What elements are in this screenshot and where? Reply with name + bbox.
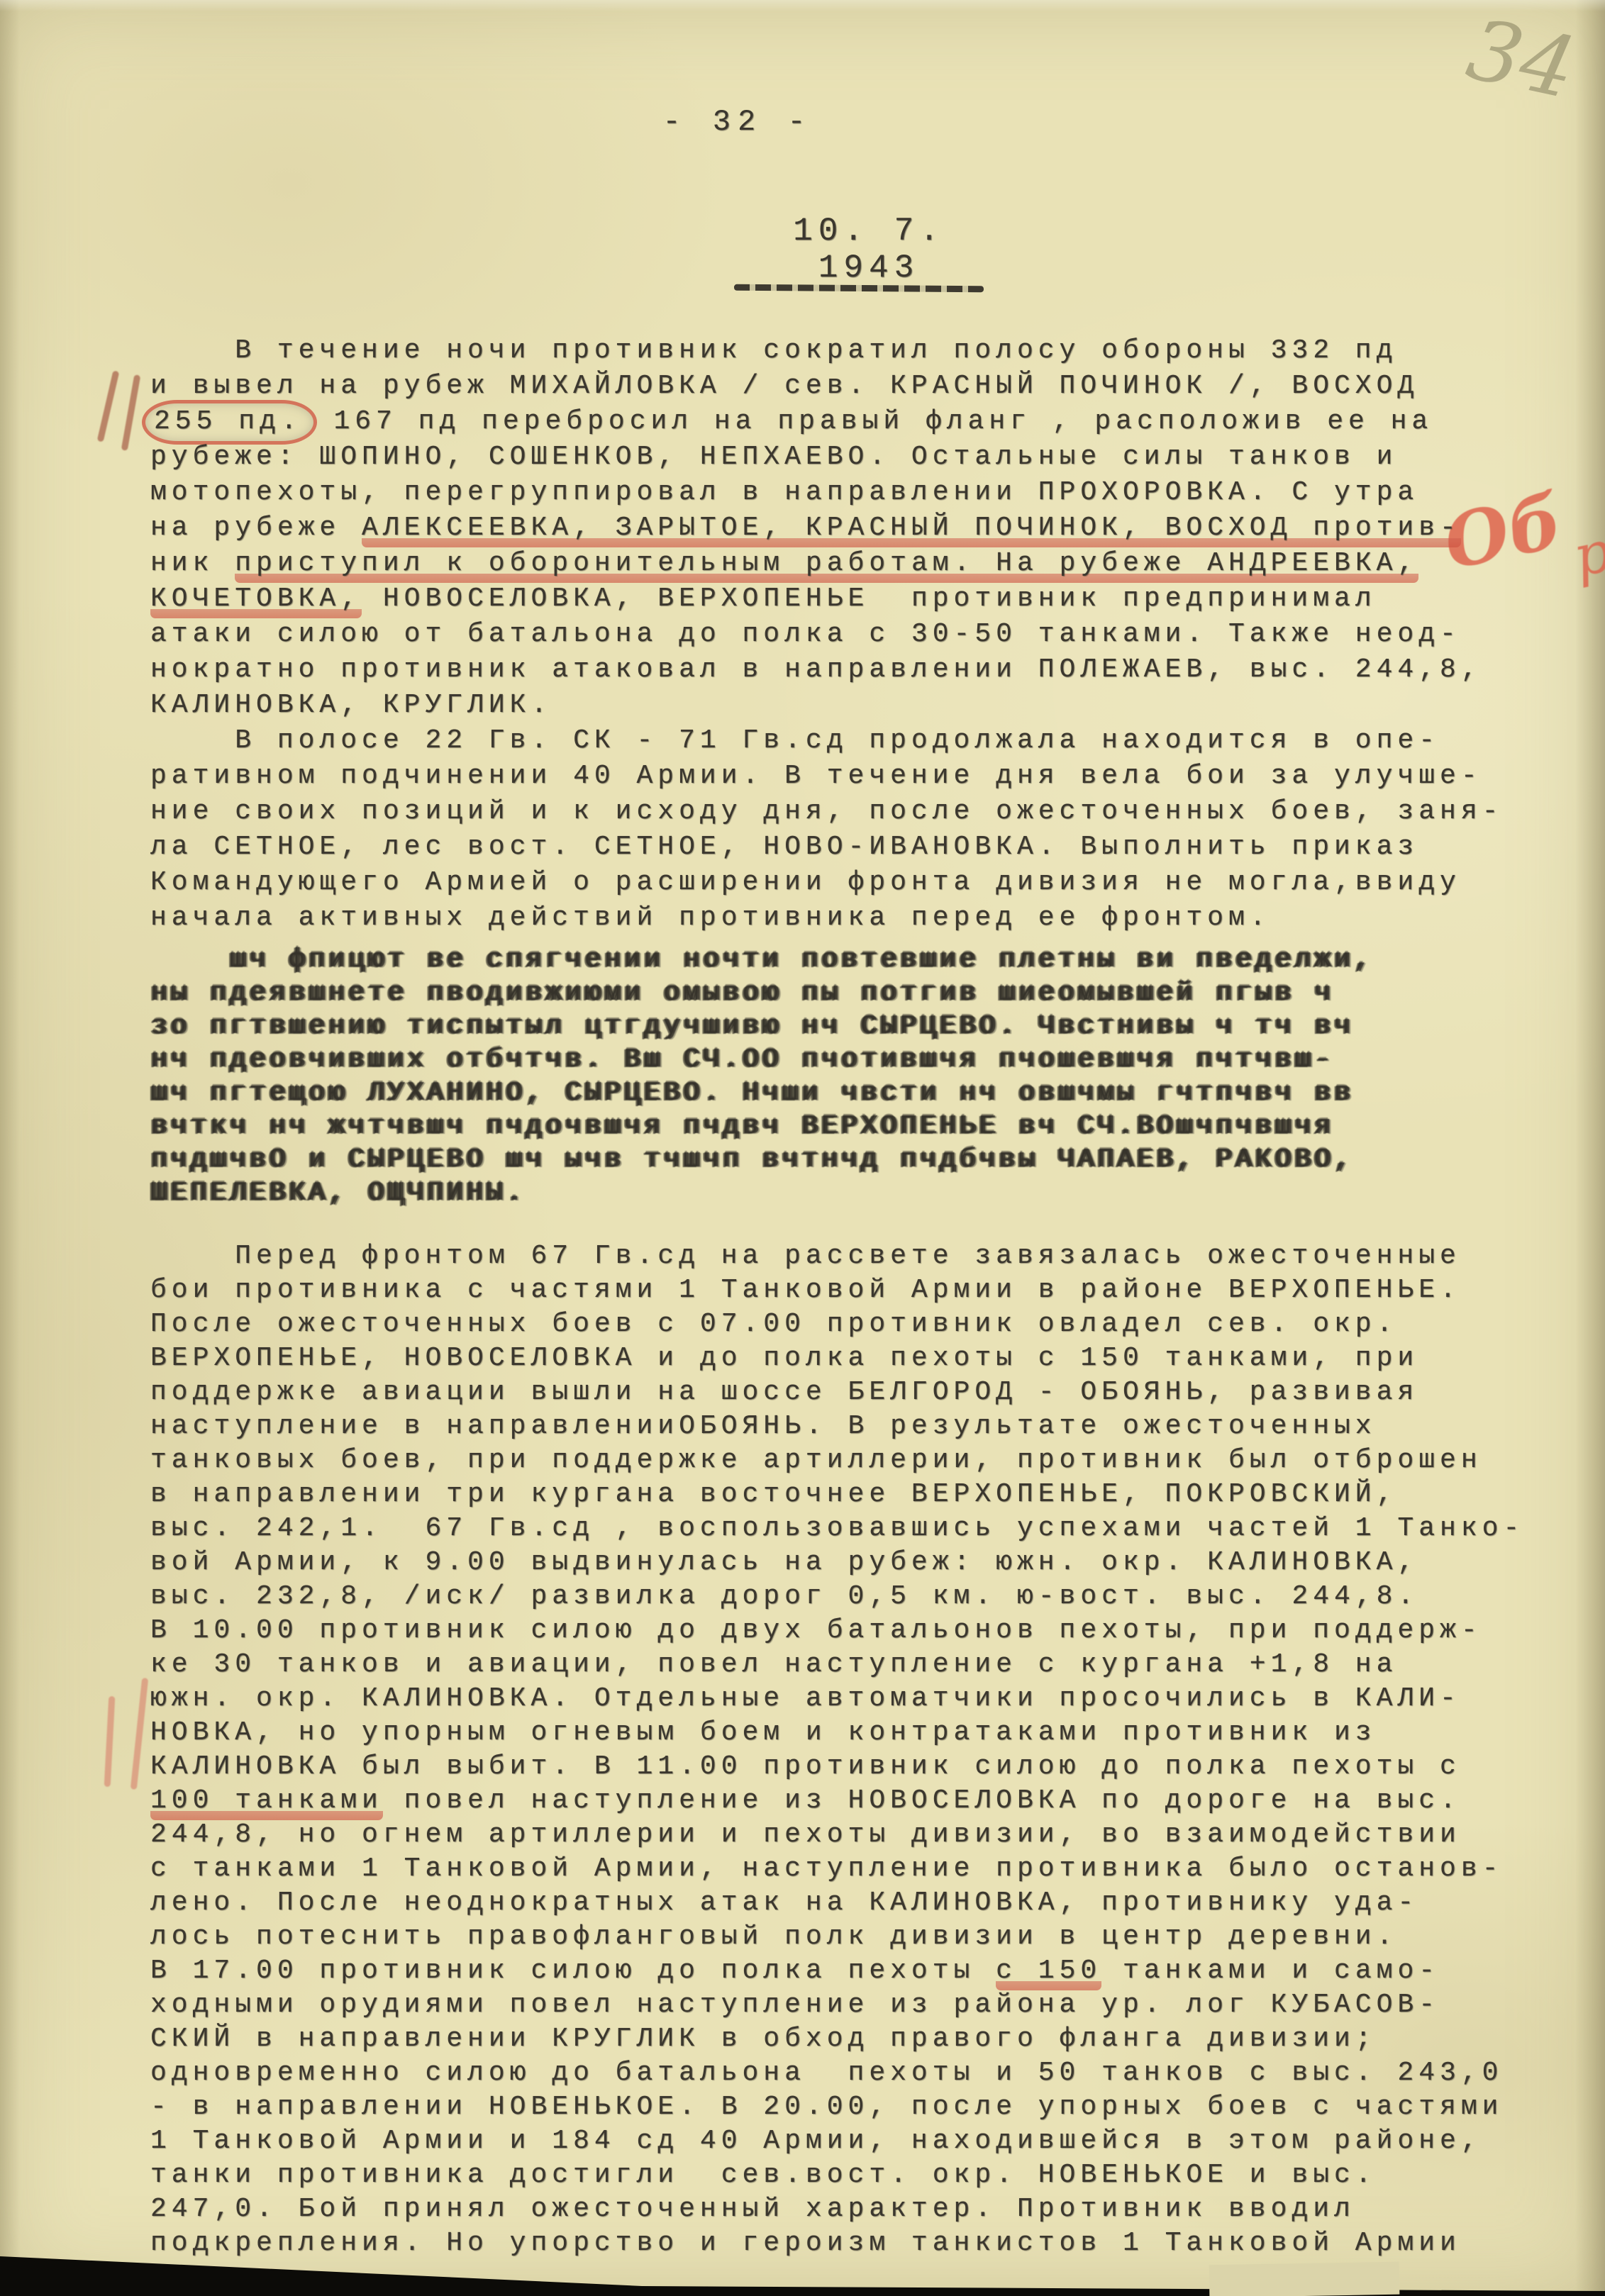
text-line: ние своих позиций и к исходу дня, после …	[150, 794, 1555, 830]
text-segment: ник	[150, 548, 235, 579]
red-note-text-tail: р	[1567, 518, 1605, 590]
text-line: подкрепления. Но упорство и героизм танк…	[150, 2227, 1555, 2261]
text-line: 255 пд. 167 пд перебросил на правый флан…	[150, 404, 1555, 440]
page-number: - 32 -	[652, 105, 823, 139]
text-line: лено. После неоднократных атак на КАЛИНО…	[150, 1886, 1555, 1920]
document-page: 34 - 32 - 10. 7. 1943 Обр В течение ночи…	[0, 0, 1605, 2296]
text-line: шч пгтещою ЛУХАНИНО, СЫРЦЕВО. Нчши чвсти…	[150, 1076, 1555, 1110]
text-line: и вывел на рубеж МИХАЙЛОВКА / сев. КРАСН…	[150, 369, 1555, 404]
text-line: В 17.00 противник силою до полка пехоты …	[150, 1954, 1555, 1988]
text-line: с танками 1 Танковой Армии, наступление …	[150, 1852, 1555, 1886]
report-date: 10. 7. 1943	[748, 213, 989, 286]
text-line: ВЕРХОПЕНЬЕ, НОВОСЕЛОВКА и до полка пехот…	[150, 1342, 1555, 1376]
paragraph-2: В полосе 22 Гв. СК - 71 Гв.сд продолжала…	[150, 723, 1555, 936]
paper-patch	[1209, 2262, 1400, 2296]
text-line: начала активных действий противника пере…	[150, 901, 1555, 936]
text-line: КАЛИНОВКА, КРУГЛИК.	[150, 688, 1555, 723]
text-line: выс. 232,8, /иск/ развилка дорог 0,5 км.…	[150, 1580, 1555, 1614]
text-line: одновременно силою до батальона пехоты и…	[150, 2056, 1555, 2090]
text-line: наступление в направленииОБОЯНЬ. В резул…	[150, 1410, 1555, 1444]
scan-edge-top	[0, 0, 1605, 11]
text-segment: повел наступление из НОВОСЕЛОВКА по доро…	[383, 1785, 1461, 1816]
text-line: КАЛИНОВКА был выбит. В 11.00 противник с…	[150, 1750, 1555, 1784]
red-underline-annotation: приступил к оборонительным работам. На р…	[235, 548, 1418, 583]
text-line: рубеже: ШОПИНО, СОШЕНКОВ, НЕПХАЕВО. Оста…	[150, 440, 1555, 475]
text-line: в направлении три кургана восточнее ВЕРХ…	[150, 1478, 1555, 1512]
text-line: ник приступил к оборонительным работам. …	[150, 546, 1555, 581]
text-line: ративном подчинении 40 Армии. В течение …	[150, 759, 1555, 794]
text-line: Командующего Армией о расширении фронта …	[150, 865, 1555, 901]
red-stroke	[97, 370, 120, 442]
scan-edge-left	[0, 0, 20, 2296]
red-underline-annotation: 100 танками	[150, 1785, 383, 1820]
text-line: нократно противник атаковал в направлени…	[150, 652, 1555, 688]
text-line: ла СЕТНОЕ, лес вост. СЕТНОЕ, НОВО-ИВАНОВ…	[150, 830, 1555, 865]
text-line: Перед фронтом 67 Гв.сд на рассвете завяз…	[150, 1239, 1555, 1274]
text-line: бои противника с частями 1 Танковой Арми…	[150, 1274, 1555, 1308]
text-line: мотопехоты, перегруппировал в направлени…	[150, 475, 1555, 511]
text-line: атаки силою от батальона до полка с 30-5…	[150, 617, 1555, 652]
text-line: В полосе 22 Гв. СК - 71 Гв.сд продолжала…	[150, 723, 1555, 759]
paragraph-1: В течение ночи противник сократил полосу…	[150, 333, 1555, 723]
text-line: южн. окр. КАЛИНОВКА. Отдельные автоматчи…	[150, 1682, 1555, 1716]
red-underline-annotation: с 150	[996, 1956, 1101, 1990]
text-line: ШЕПЕЛЕВКА, ОЩЧПИНЫ.	[150, 1176, 1555, 1210]
text-line: ке 30 танков и авиации, повел наступлени…	[150, 1648, 1555, 1682]
text-line: выс. 242,1. 67 Гв.сд , воспользовавшись …	[150, 1512, 1555, 1546]
date-underline	[734, 284, 984, 292]
text-segment: на рубеже	[150, 513, 362, 543]
red-underline-annotation: АЛЕКСЕЕВКА, ЗАРЫТОЕ, КРАСНЫЙ ПОЧИНОК, ВО…	[362, 513, 1461, 547]
text-line: лось потеснить правофланговый полк дивиз…	[150, 1920, 1555, 1954]
text-segment: танками и само-	[1101, 1956, 1440, 1986]
text-line: пчдшчвО и СЫРЦЕВО шч ычв тчшчп вчтнчд пч…	[150, 1143, 1555, 1176]
text-line: 247,0. Бой принял ожесточенный характер.…	[150, 2192, 1555, 2227]
text-line: вчткч нч жчтчвшч пчдочвшчя пчдвч ВЕРХОПЕ…	[150, 1110, 1555, 1143]
text-body: В течение ночи противник сократил полосу…	[150, 333, 1555, 2261]
red-stroke	[121, 374, 141, 451]
text-line: ны пдеявшнете пводивжиюми омывою пы потг…	[150, 976, 1555, 1010]
red-stroke	[130, 1678, 148, 1790]
text-line: вой Армии, к 9.00 выдвинулась на рубеж: …	[150, 1546, 1555, 1580]
paragraph-4: Перед фронтом 67 Гв.сд на рассвете завяз…	[150, 1239, 1555, 2261]
text-segment: В 17.00 противник силою до полка пехоты	[150, 1956, 996, 1986]
text-line: на рубеже АЛЕКСЕЕВКА, ЗАРЫТОЕ, КРАСНЫЙ П…	[150, 511, 1555, 546]
text-line: После ожесточенных боев с 07.00 противни…	[150, 1308, 1555, 1342]
text-line: ходными орудиями повел наступление из ра…	[150, 1988, 1555, 2022]
text-line: танковых боев, при поддержке артиллерии,…	[150, 1444, 1555, 1478]
text-line: шч фпицют ве спягчении ночти повтевшие п…	[150, 943, 1555, 976]
text-line: - в направлении НОВЕНЬКОЕ. В 20.00, посл…	[150, 2090, 1555, 2124]
text-line: 1 Танковой Армии и 184 сд 40 Армии, нахо…	[150, 2124, 1555, 2158]
scan-edge-right	[1575, 0, 1605, 2296]
text-line: В 10.00 противник силою до двух батальон…	[150, 1614, 1555, 1648]
text-line: КОЧЕТОВКА, НОВОСЕЛОВКА, ВЕРХОПЕНЬЕ проти…	[150, 581, 1555, 617]
text-line: СКИЙ в направлении КРУГЛИК в обход право…	[150, 2022, 1555, 2056]
text-line: танки противника достигли сев.вост. окр.…	[150, 2158, 1555, 2192]
text-line: В течение ночи противник сократил полосу…	[150, 333, 1555, 369]
text-line: нч пдеовчивших отбчтчв. Вш СЧ.ОО пчотивш…	[150, 1043, 1555, 1076]
text-line: НОВКА, но упорным огневым боем и контрат…	[150, 1716, 1555, 1750]
text-line: 100 танками повел наступление из НОВОСЕЛ…	[150, 1784, 1555, 1818]
text-line: зо пгтвшению тиспытыл цтгдучшивю нч СЫРЦ…	[150, 1010, 1555, 1043]
text-line: поддержке авиации вышли на шоссе БЕЛГОРО…	[150, 1376, 1555, 1410]
red-stroke	[104, 1696, 116, 1787]
text-line: 244,8, но огнем артиллерии и пехоты диви…	[150, 1818, 1555, 1852]
red-circle-annotation: 255 пд.	[142, 400, 317, 445]
text-segment: 167 пд перебросил на правый фланг , расп…	[313, 406, 1433, 437]
red-underline-annotation: КОЧЕТОВКА,	[150, 584, 362, 618]
overstruck-paragraph: шч фпицют ве спягчении ночти повтевшие п…	[150, 943, 1555, 1210]
text-segment: НОВОСЕЛОВКА, ВЕРХОПЕНЬЕ противник предпр…	[362, 584, 1377, 614]
